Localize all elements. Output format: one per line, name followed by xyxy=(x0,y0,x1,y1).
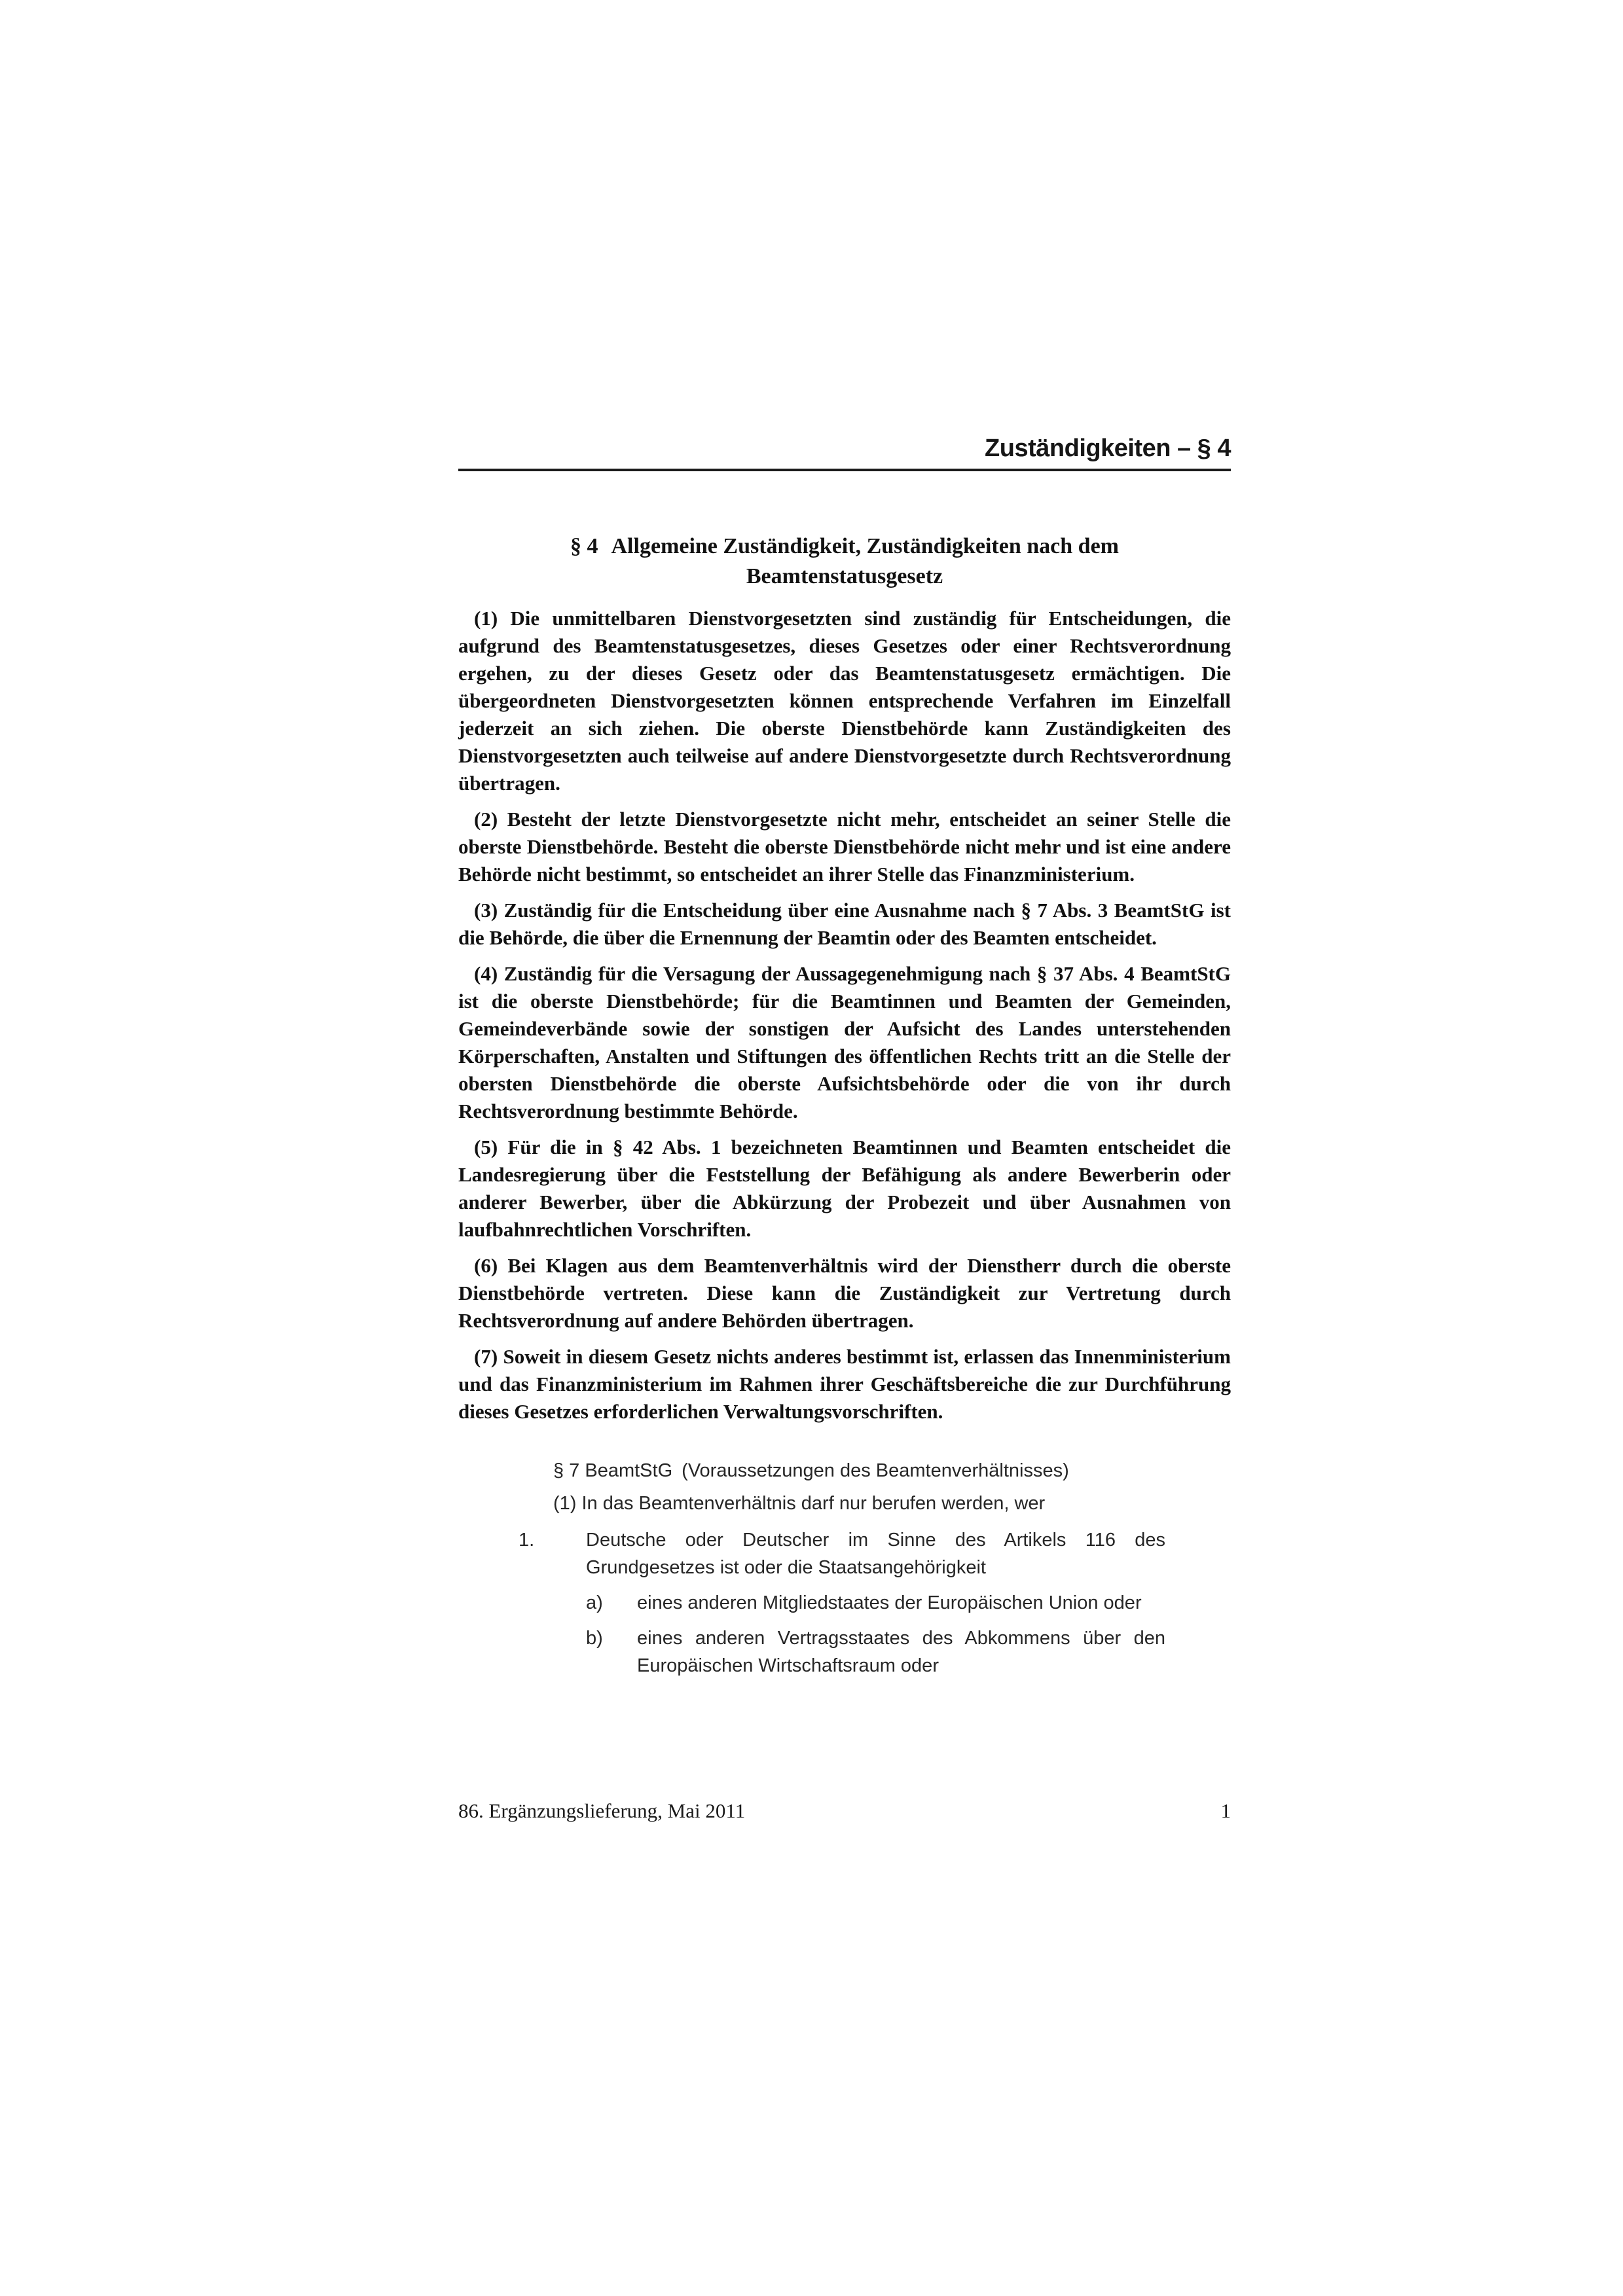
law-paragraph-7: (7) Soweit in diesem Gesetz nichts ander… xyxy=(458,1343,1231,1426)
excerpt-subitem-b-label: b) xyxy=(586,1624,603,1652)
law-paragraph-1: (1) Die unmittelbaren Dienstvorgesetzten… xyxy=(458,605,1231,797)
law-paragraph-4: (4) Zuständig für die Versagung der Auss… xyxy=(458,960,1231,1125)
footer-edition: 86. Ergänzungslieferung, Mai 2011 xyxy=(458,1799,745,1823)
law-paragraph-3: (3) Zuständig für die Entscheidung über … xyxy=(458,897,1231,952)
excerpt-list-item: 1. Deutsche oder Deutscher im Sinne des … xyxy=(553,1526,1165,1679)
excerpt-heading-subject: (Voraussetzungen des Beamtenverhältnisse… xyxy=(682,1460,1069,1481)
page-footer: 86. Ergänzungslieferung, Mai 2011 1 xyxy=(458,1799,1231,1823)
statute-title-text: Allgemeine Zuständigkeit, Zuständigkeite… xyxy=(611,534,1119,588)
excerpt-subitem-a-text: eines anderen Mitgliedstaates der Europä… xyxy=(637,1592,1142,1613)
excerpt-item-number: 1. xyxy=(519,1526,534,1554)
excerpt-subitem-b-text: eines anderen Vertragsstaates des Abkomm… xyxy=(637,1628,1165,1676)
statute-body: (1) Die unmittelbaren Dienstvorgesetzten… xyxy=(458,605,1231,1426)
law-paragraph-2: (2) Besteht der letzte Dienstvorgesetzte… xyxy=(458,806,1231,888)
excerpt-subitem-b: b) eines anderen Vertragsstaates des Abk… xyxy=(586,1624,1165,1679)
excerpt-subitem-a: a) eines anderen Mitgliedstaates der Eur… xyxy=(586,1589,1165,1617)
statute-number: § 4 xyxy=(570,534,598,558)
running-head: Zuständigkeiten – § 4 xyxy=(458,435,1231,462)
footer-page-number: 1 xyxy=(1221,1799,1231,1823)
law-paragraph-5: (5) Für die in § 42 Abs. 1 bezeichneten … xyxy=(458,1134,1231,1244)
statute-excerpt: § 7 BeamtStG(Voraussetzungen des Beamten… xyxy=(553,1457,1165,1679)
excerpt-heading-ref: § 7 BeamtStG xyxy=(553,1460,672,1481)
statute-title: § 4Allgemeine Zuständigkeit, Zuständigke… xyxy=(517,531,1172,592)
excerpt-heading: § 7 BeamtStG(Voraussetzungen des Beamten… xyxy=(553,1457,1165,1484)
excerpt-subitem-a-label: a) xyxy=(586,1589,603,1617)
content-column: Zuständigkeiten – § 4 § 4Allgemeine Zust… xyxy=(458,435,1231,1687)
header-rule xyxy=(458,469,1231,471)
law-paragraph-6: (6) Bei Klagen aus dem Beamtenverhältnis… xyxy=(458,1252,1231,1335)
document-page: Zuständigkeiten – § 4 § 4Allgemeine Zust… xyxy=(0,0,1623,2296)
excerpt-intro: (1) In das Beamtenverhältnis darf nur be… xyxy=(553,1490,1165,1517)
excerpt-item-text: Deutsche oder Deutscher im Sinne des Art… xyxy=(586,1530,1165,1578)
